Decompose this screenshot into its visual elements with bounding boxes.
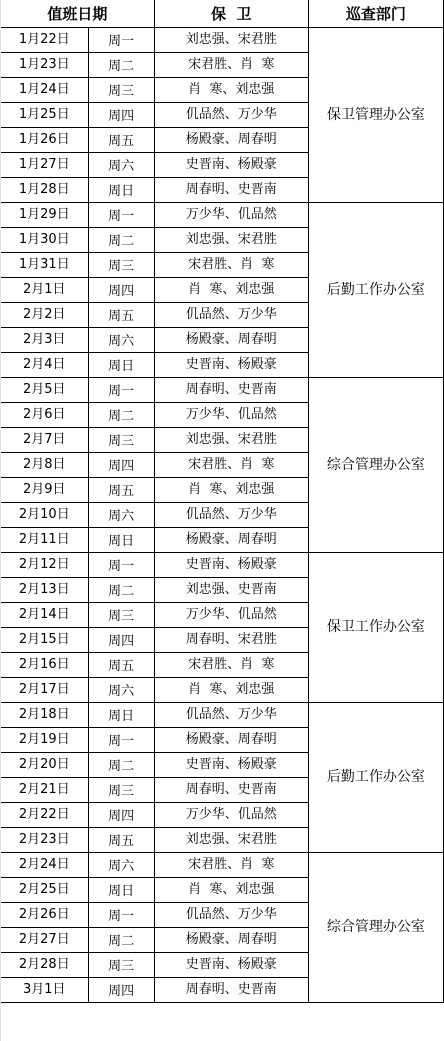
duty-date-cell: 2月17日	[1, 677, 88, 702]
guards-cell: 史晋南、杨殿豪	[154, 952, 308, 977]
weekday-cell: 周五	[88, 302, 154, 327]
weekday-cell: 周五	[88, 652, 154, 677]
patrol-department-cell: 综合管理办公室	[308, 377, 443, 552]
table-row: 2月24日周六宋君胜、肖 寒综合管理办公室	[1, 852, 444, 877]
weekday-cell: 周四	[88, 627, 154, 652]
guards-cell: 仉品然、万少华	[154, 902, 308, 927]
duty-date-cell: 2月25日	[1, 877, 88, 902]
weekday-cell: 周四	[88, 277, 154, 302]
duty-date-cell: 1月28日	[1, 177, 88, 202]
guards-cell: 史晋南、杨殿豪	[154, 552, 308, 577]
weekday-cell: 周五	[88, 477, 154, 502]
patrol-department-cell: 保卫工作办公室	[308, 552, 443, 702]
patrol-department-cell: 后勤工作办公室	[308, 702, 443, 852]
guards-cell: 万少华、仉品然	[154, 802, 308, 827]
guards-cell: 杨殿豪、周春明	[154, 527, 308, 552]
duty-date-cell: 2月20日	[1, 752, 88, 777]
duty-date-cell: 2月6日	[1, 402, 88, 427]
weekday-cell: 周三	[88, 952, 154, 977]
duty-date-cell: 2月3日	[1, 327, 88, 352]
weekday-cell: 周二	[88, 52, 154, 77]
guards-cell: 史晋南、杨殿豪	[154, 152, 308, 177]
duty-date-cell: 1月31日	[1, 252, 88, 277]
header-patrol-department: 巡查部门	[308, 0, 443, 27]
weekday-cell: 周五	[88, 127, 154, 152]
duty-date-cell: 2月18日	[1, 702, 88, 727]
guards-cell: 史晋南、杨殿豪	[154, 352, 308, 377]
guards-cell: 周春明、史晋南	[154, 777, 308, 802]
duty-date-cell: 1月24日	[1, 77, 88, 102]
guards-cell: 宋君胜、肖 寒	[154, 852, 308, 877]
guards-cell: 杨殿豪、周春明	[154, 327, 308, 352]
duty-date-cell: 2月11日	[1, 527, 88, 552]
duty-date-cell: 2月14日	[1, 602, 88, 627]
guards-cell: 万少华、仉品然	[154, 402, 308, 427]
duty-date-cell: 2月19日	[1, 727, 88, 752]
duty-date-cell: 2月2日	[1, 302, 88, 327]
weekday-cell: 周一	[88, 202, 154, 227]
guards-cell: 肖 寒、刘忠强	[154, 77, 308, 102]
weekday-cell: 周一	[88, 377, 154, 402]
guards-cell: 仉品然、万少华	[154, 702, 308, 727]
weekday-cell: 周一	[88, 552, 154, 577]
guards-cell: 周春明、史晋南	[154, 377, 308, 402]
weekday-cell: 周日	[88, 352, 154, 377]
weekday-cell: 周三	[88, 77, 154, 102]
weekday-cell: 周三	[88, 602, 154, 627]
weekday-cell: 周五	[88, 827, 154, 852]
guards-cell: 杨殿豪、周春明	[154, 927, 308, 952]
guards-cell: 宋君胜、肖 寒	[154, 252, 308, 277]
duty-date-cell: 1月30日	[1, 227, 88, 252]
guards-cell: 杨殿豪、周春明	[154, 127, 308, 152]
guards-cell: 刘忠强、史晋南	[154, 577, 308, 602]
table-row: 1月29日周一万少华、仉品然后勤工作办公室	[1, 202, 444, 227]
guards-cell: 杨殿豪、周春明	[154, 727, 308, 752]
roster-body: 1月22日周一刘忠强、宋君胜保卫管理办公室1月23日周二宋君胜、肖 寒1月24日…	[1, 27, 444, 1002]
weekday-cell: 周日	[88, 527, 154, 552]
duty-date-cell: 2月24日	[1, 852, 88, 877]
table-row: 2月18日周日仉品然、万少华后勤工作办公室	[1, 702, 444, 727]
weekday-cell: 周二	[88, 577, 154, 602]
duty-date-cell: 2月21日	[1, 777, 88, 802]
duty-roster-table: 值班日期 保 卫 巡查部门 1月22日周一刘忠强、宋君胜保卫管理办公室1月23日…	[1, 0, 444, 1003]
duty-date-cell: 2月13日	[1, 577, 88, 602]
weekday-cell: 周二	[88, 752, 154, 777]
guards-cell: 肖 寒、刘忠强	[154, 477, 308, 502]
weekday-cell: 周三	[88, 427, 154, 452]
weekday-cell: 周二	[88, 927, 154, 952]
duty-date-cell: 1月27日	[1, 152, 88, 177]
guards-cell: 宋君胜、肖 寒	[154, 452, 308, 477]
weekday-cell: 周四	[88, 452, 154, 477]
guards-cell: 仉品然、万少华	[154, 102, 308, 127]
weekday-cell: 周二	[88, 402, 154, 427]
duty-date-cell: 1月22日	[1, 27, 88, 52]
guards-cell: 仉品然、万少华	[154, 302, 308, 327]
guards-cell: 周春明、宋君胜	[154, 627, 308, 652]
duty-date-cell: 2月26日	[1, 902, 88, 927]
duty-date-cell: 2月22日	[1, 802, 88, 827]
weekday-cell: 周三	[88, 252, 154, 277]
weekday-cell: 周一	[88, 27, 154, 52]
weekday-cell: 周六	[88, 852, 154, 877]
patrol-department-cell: 综合管理办公室	[308, 852, 443, 1002]
duty-date-cell: 2月8日	[1, 452, 88, 477]
guards-cell: 肖 寒、刘忠强	[154, 677, 308, 702]
header-guards: 保 卫	[154, 0, 308, 27]
weekday-cell: 周六	[88, 327, 154, 352]
duty-date-cell: 2月23日	[1, 827, 88, 852]
duty-date-cell: 2月1日	[1, 277, 88, 302]
duty-date-cell: 2月9日	[1, 477, 88, 502]
table-row: 2月12日周一史晋南、杨殿豪保卫工作办公室	[1, 552, 444, 577]
guards-cell: 宋君胜、肖 寒	[154, 52, 308, 77]
weekday-cell: 周六	[88, 152, 154, 177]
patrol-department-cell: 保卫管理办公室	[308, 27, 443, 202]
weekday-cell: 周二	[88, 227, 154, 252]
guards-cell: 周春明、史晋南	[154, 177, 308, 202]
weekday-cell: 周日	[88, 877, 154, 902]
duty-date-cell: 2月28日	[1, 952, 88, 977]
duty-date-cell: 2月5日	[1, 377, 88, 402]
duty-date-cell: 2月7日	[1, 427, 88, 452]
weekday-cell: 周一	[88, 727, 154, 752]
duty-date-cell: 1月29日	[1, 202, 88, 227]
weekday-cell: 周日	[88, 702, 154, 727]
guards-cell: 肖 寒、刘忠强	[154, 277, 308, 302]
duty-date-cell: 2月27日	[1, 927, 88, 952]
guards-cell: 刘忠强、宋君胜	[154, 27, 308, 52]
weekday-cell: 周六	[88, 502, 154, 527]
guards-cell: 刘忠强、宋君胜	[154, 227, 308, 252]
duty-date-cell: 2月12日	[1, 552, 88, 577]
guards-cell: 刘忠强、宋君胜	[154, 427, 308, 452]
weekday-cell: 周一	[88, 902, 154, 927]
weekday-cell: 周四	[88, 977, 154, 1002]
duty-date-cell: 1月26日	[1, 127, 88, 152]
weekday-cell: 周三	[88, 777, 154, 802]
patrol-department-cell: 后勤工作办公室	[308, 202, 443, 377]
duty-date-cell: 1月23日	[1, 52, 88, 77]
duty-date-cell: 2月4日	[1, 352, 88, 377]
header-duty-date: 值班日期	[1, 0, 154, 27]
weekday-cell: 周四	[88, 802, 154, 827]
guards-cell: 仉品然、万少华	[154, 502, 308, 527]
weekday-cell: 周日	[88, 177, 154, 202]
table-row: 2月5日周一周春明、史晋南综合管理办公室	[1, 377, 444, 402]
duty-date-cell: 2月15日	[1, 627, 88, 652]
duty-date-cell: 3月1日	[1, 977, 88, 1002]
duty-date-cell: 2月16日	[1, 652, 88, 677]
guards-cell: 万少华、仉品然	[154, 202, 308, 227]
duty-date-cell: 1月25日	[1, 102, 88, 127]
weekday-cell: 周六	[88, 677, 154, 702]
table-row: 1月22日周一刘忠强、宋君胜保卫管理办公室	[1, 27, 444, 52]
header-row: 值班日期 保 卫 巡查部门	[1, 0, 444, 27]
guards-cell: 宋君胜、肖 寒	[154, 652, 308, 677]
duty-date-cell: 2月10日	[1, 502, 88, 527]
guards-cell: 刘忠强、宋君胜	[154, 827, 308, 852]
guards-cell: 肖 寒、刘忠强	[154, 877, 308, 902]
guards-cell: 史晋南、杨殿豪	[154, 752, 308, 777]
guards-cell: 万少华、仉品然	[154, 602, 308, 627]
guards-cell: 周春明、史晋南	[154, 977, 308, 1002]
weekday-cell: 周四	[88, 102, 154, 127]
